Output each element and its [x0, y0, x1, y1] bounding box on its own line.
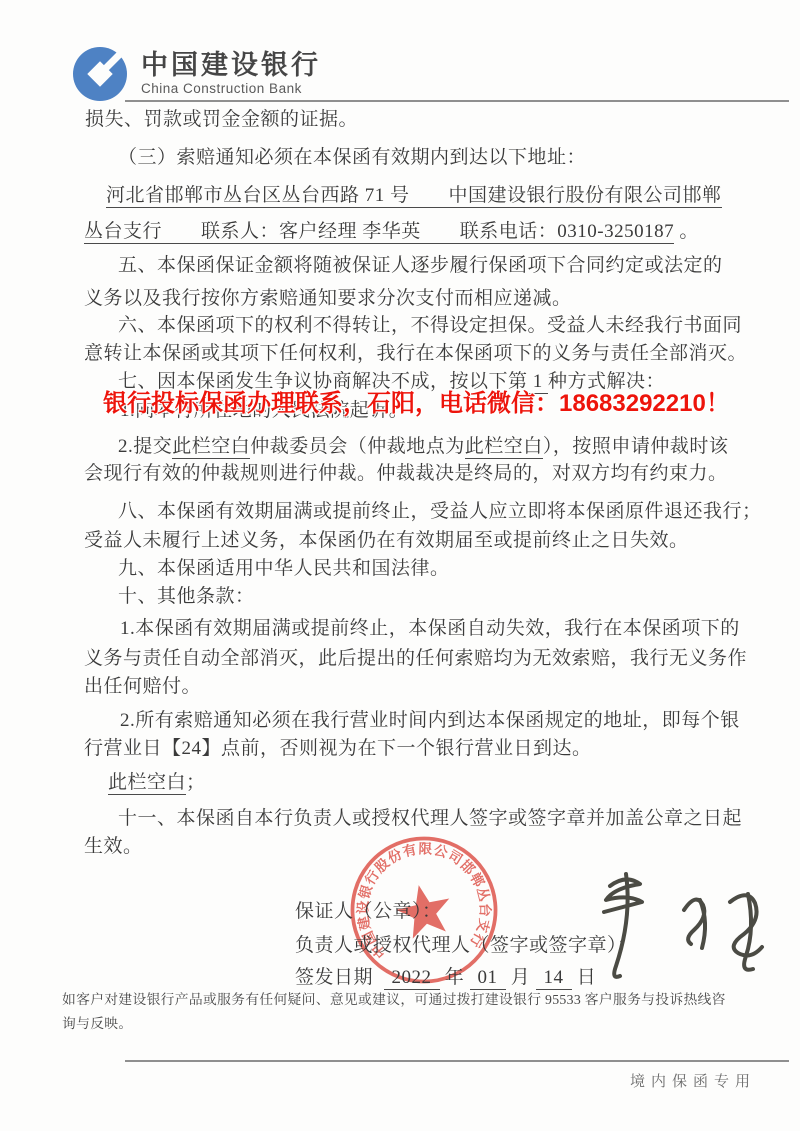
body-line: 行营业日【24】点前，否则视为在下一个银行营业日到达。: [84, 737, 592, 761]
bank-guarantee-document: 中国建设银行 China Construction Bank 损失、罚款或罚金金…: [0, 0, 800, 1131]
body-line: 损失、罚款或罚金金额的证据。: [85, 108, 358, 132]
blank-tail: ；: [186, 772, 206, 793]
brand-block: 中国建设银行 China Construction Bank: [141, 50, 321, 98]
body-line: 受益人未履行上述义务，本保函仍在有效期届至或提前终止之日失效。: [84, 529, 689, 553]
ccb-logo-icon: [70, 44, 130, 104]
blank-field-underlined: 此栏空白: [465, 436, 543, 459]
body-line: 意转让本保函或其项下任何权利，我行在本保函项下的义务与责任全部消灭。: [84, 342, 747, 366]
arb-seg: 仲裁委员会（仲裁地点为: [250, 436, 465, 457]
issue-month: 01: [470, 967, 506, 990]
issue-year: 2022: [384, 967, 440, 990]
body-line: 九、本保函适用中华人民共和国法律。: [118, 557, 450, 581]
body-line: 六、本保函项下的权利不得转让，不得设定担保。受益人未经我行书面同: [118, 314, 742, 338]
body-line: 十、其他条款：: [118, 585, 255, 609]
body-line: 2.所有索赔通知必须在我行营业时间内到达本保函规定的地址，即每个银: [120, 709, 740, 733]
body-line: 义务以及我行按你方索赔通知要求分次支付而相应递减。: [84, 287, 572, 311]
body-line: 1.本保函有效期届满或提前终止，本保函自动失效，我行在本保函项下的: [120, 617, 740, 641]
guarantor-label: 保证人（公章）：: [295, 896, 442, 923]
notice-line: 询与反映。: [62, 1012, 732, 1036]
handwritten-signature: [588, 858, 773, 998]
agent-label: 负责人或授权代理人（签字或签字章）：: [295, 930, 637, 957]
body-line: 五、本保函保证金额将随被保证人逐步履行保函项下合同约定或法定的: [118, 254, 723, 278]
address-underlined: 河北省邯郸市丛台区丛台西路 71 号 中国建设银行股份有限公司邯郸: [106, 185, 722, 208]
body-line: 八、本保函有效期届满或提前终止，受益人应立即将本保函原件退还我行；: [118, 500, 762, 524]
body-line: 会现行有效的仲裁规则进行仲裁。仲裁裁决是终局的，对双方均有约束力。: [84, 462, 728, 486]
contact-underlined: 丛台支行 联系人：客户经理 李华英 联系电话：0310-3250187: [84, 221, 674, 244]
blank-field-underlined: 此栏空白: [108, 772, 186, 795]
body-line-arbitration: 2.提交此栏空白仲裁委员会（仲裁地点为此栏空白），按照申请仲裁时该: [118, 435, 728, 459]
body-line: 十一、本保函自本行负责人或授权代理人签字或签字章并加盖公章之日起: [118, 807, 742, 831]
address-tail: 。: [674, 221, 699, 242]
issue-date-line: 签发日期 2022 年 01 月 14 日: [295, 962, 596, 989]
footer-divider: [125, 1060, 789, 1062]
issue-date-label: 签发日期: [295, 967, 373, 988]
arb-seg: ），按照申请仲裁时该: [543, 436, 729, 457]
domestic-guarantee-label: 境内保函专用: [630, 1070, 756, 1091]
red-watermark-text: 银行投标保函办理联系，石阳，电话微信：18683292210！: [103, 383, 730, 418]
body-line: 出任何赔付。: [84, 675, 201, 699]
month-suffix: 月: [511, 967, 531, 988]
body-line-address-2: 丛台支行 联系人：客户经理 李华英 联系电话：0310-3250187 。: [84, 220, 699, 244]
header-divider: [125, 100, 789, 102]
body-line: 义务与责任自动全部消灭，此后提出的任何索赔均为无效索赔，我行无义务作: [84, 647, 747, 671]
body-line: （三）索赔通知必须在本保函有效期内到达以下地址：: [118, 146, 586, 170]
blank-field-underlined: 此栏空白: [172, 436, 250, 459]
arb-seg: 2.提交: [118, 436, 172, 457]
body-line-blank: 此栏空白；: [108, 771, 206, 795]
body-line-address-1: 河北省邯郸市丛台区丛台西路 71 号 中国建设银行股份有限公司邯郸: [106, 184, 722, 208]
body-line: 生效。: [84, 835, 143, 859]
issue-day: 14: [536, 967, 572, 990]
year-suffix: 年: [445, 967, 465, 988]
brand-name-cn: 中国建设银行: [141, 50, 321, 80]
brand-name-en: China Construction Bank: [141, 80, 321, 98]
